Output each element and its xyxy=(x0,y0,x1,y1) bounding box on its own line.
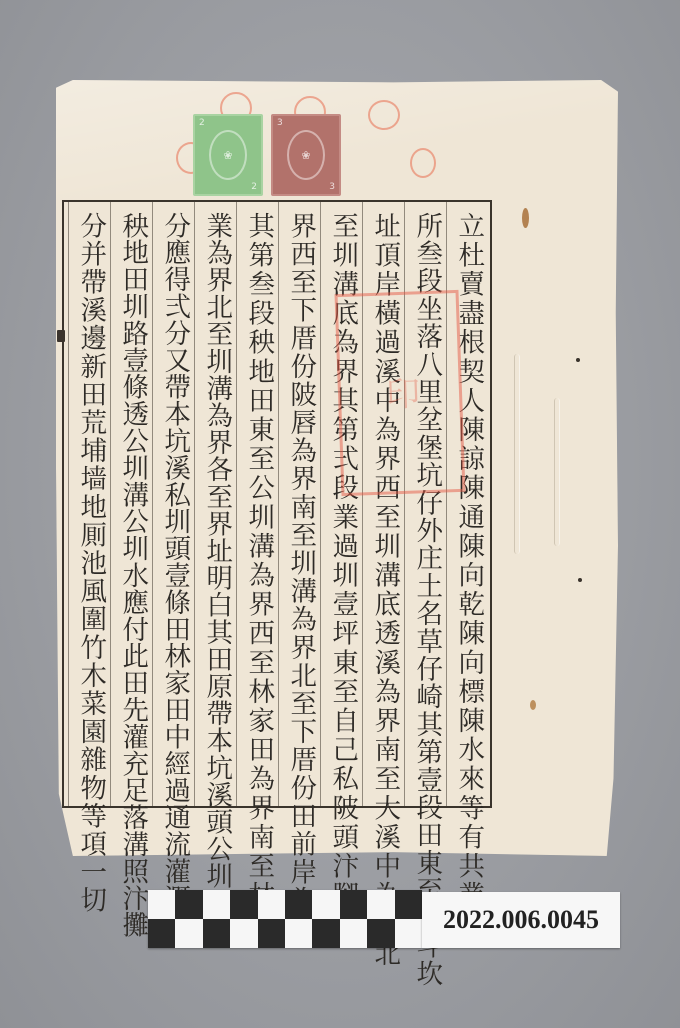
stamp-value: 3 xyxy=(329,182,335,192)
revenue-stamp-red: 3 ❀ 3 xyxy=(271,114,341,196)
text-column-8: 分應得弍分又帶本坑溪私圳頭壹條田林家田中經過通流灌溉又 xyxy=(152,202,195,806)
column-text: 業為界北至圳溝為界各至界址明白其田原帶本坑溪頭公圳水拾 xyxy=(203,212,230,944)
stain-mark xyxy=(578,578,582,582)
column-text: 分應得弍分又帶本坑溪私圳頭壹條田林家田中經過通流灌溉又 xyxy=(161,212,188,938)
postmark-seal xyxy=(368,100,400,130)
paper-crease xyxy=(514,354,520,554)
stain-mark xyxy=(522,208,529,228)
column-text: 其第叁段秧地田東至公圳溝為界西至林家田為界南至林家 xyxy=(245,212,272,940)
stamp-emblem-icon: ❀ xyxy=(209,130,247,180)
accession-number-label: 2022.006.0045 xyxy=(422,892,620,948)
stamp-emblem-icon: ❀ xyxy=(287,130,325,180)
color-scale-bar xyxy=(148,890,422,948)
red-official-seal: 印 xyxy=(335,290,466,496)
stamp-value: 3 xyxy=(277,118,283,128)
stamp-value: 2 xyxy=(251,182,257,192)
stain-mark xyxy=(576,358,580,362)
column-text: 分并帶溪邊新田荒埔墙地厠池風圍竹木菜園雜物等項一切 xyxy=(77,212,104,915)
revenue-stamp-green: 2 ❀ 2 xyxy=(193,114,263,196)
text-column-7: 業為界北至圳溝為界各至界址明白其田原帶本坑溪頭公圳水拾 xyxy=(194,202,237,806)
seal-text: 印 xyxy=(375,375,425,411)
column-text: 界西至下厝份陂唇為界南至圳溝為界北至下厝份田前岸為界 xyxy=(287,212,314,943)
column-text: 秧地田圳路壹條透公圳溝公圳水應付此田先灌充足落溝照汴攤 xyxy=(119,212,146,938)
stamp-value: 2 xyxy=(199,118,205,128)
stain-mark xyxy=(530,700,536,710)
paper-crease xyxy=(554,398,560,546)
text-column-5: 界西至下厝份陂唇為界南至圳溝為界北至下厝份田前岸為界 xyxy=(278,202,321,806)
text-column-10: 分并帶溪邊新田荒埔墙地厠池風圍竹木菜園雜物等項一切 xyxy=(68,202,111,806)
text-column-9: 秧地田圳路壹條透公圳溝公圳水應付此田先灌充足落溝照汴攤 xyxy=(110,202,153,806)
text-column-6: 其第叁段秧地田東至公圳溝為界西至林家田為界南至林家 xyxy=(236,202,279,806)
postmark-seal xyxy=(410,148,436,178)
